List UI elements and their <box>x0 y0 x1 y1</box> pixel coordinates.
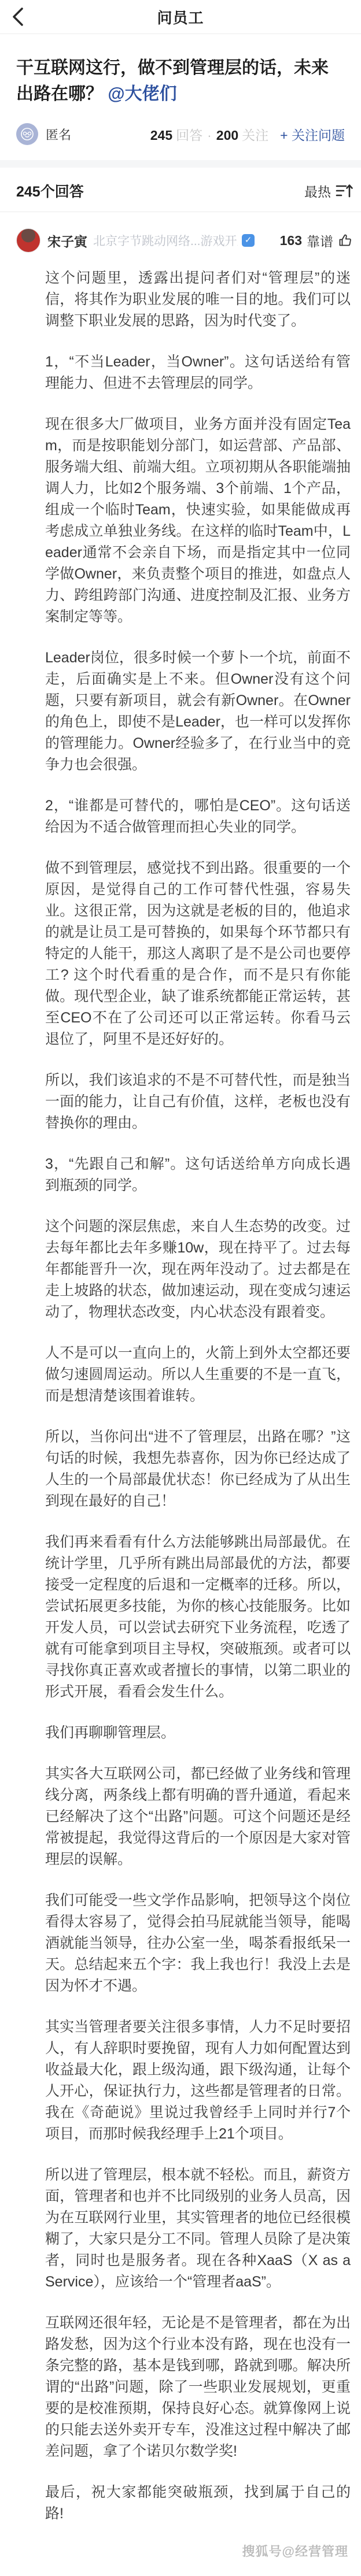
answer-paragraph: 3，“先跟自己和解”。这句话送给单方向成长遇到瓶颈的同学。 <box>45 1154 351 1196</box>
answer-paragraph: 我们可能受一些文学作品影响，把领导这个岗位看得太容易了，觉得会拍马屁就能当领导，… <box>45 1890 351 1997</box>
upvote-label: 靠谱 <box>307 231 333 250</box>
page-title: 问员工 <box>157 6 204 28</box>
chevron-left-icon <box>12 7 24 27</box>
answer-paragraph: 所以，当你问出“进不了管理层，出路在哪？”这句话的时候，我想先恭喜你，因为你已经… <box>45 1426 351 1512</box>
answer-author-description: 北京字节跳动网络...游戏开发工程师 <box>93 232 238 249</box>
page: 问员工 干互联网这行，做不到管理层的话，未来出路在哪？ @大佬们 匿名 245 … <box>0 0 361 2576</box>
stats-dot: · <box>207 128 212 143</box>
answer-paragraph: 1，“不当Leader，当Owner”。这句话送给有管理能力、但进不去管理层的同… <box>45 351 351 394</box>
answer-paragraph: 我们再来看看有什么方法能够跳出局部最优。在统计学里，几乎所有跳出局部最优的方法，… <box>45 1532 351 1703</box>
answer-paragraph: 其实当管理者要关注很多事情，人力不足时要招人，有人辞职时要挽留，现有人力如何配置… <box>45 2017 351 2145</box>
answer-paragraph: 做不到管理层，感觉找不到出路。很重要的一个原因，是觉得自己的工作可替代性强，容易… <box>45 858 351 1050</box>
answer-paragraph: 其实各大互联网公司，都已经做了业务线和管理线分离，两条线上都有明确的晋升通道，看… <box>45 1763 351 1870</box>
verified-badge-icon: ✓ <box>242 234 255 247</box>
answer-paragraph: 2，“谁都是可替代的，哪怕是CEO”。这句话送给因为不适合做管理而担心失业的同学… <box>45 795 351 838</box>
answers-count: 245 <box>150 128 172 143</box>
anonymous-face-icon <box>20 127 34 141</box>
question-author-name: 匿名 <box>46 125 71 143</box>
sort-label: 最热 <box>304 181 331 201</box>
answer-author-name[interactable]: 宋子寅 <box>47 231 87 250</box>
upvote-count: 163 <box>280 233 302 249</box>
answer-meta-row: 宋子寅 北京字节跳动网络...游戏开发工程师 ✓ 163 靠谱 <box>0 228 361 253</box>
back-button[interactable] <box>12 0 37 34</box>
followers-count: 200 <box>216 128 238 143</box>
answer-body: 这个问题里，透露出提问者们对“管理层”的迷信，将其作为职业发展的唯一目的地。我们… <box>0 253 361 2525</box>
question-title: 干互联网这行，做不到管理层的话，未来出路在哪？ @大佬们 <box>16 55 345 107</box>
answer-author-avatar[interactable] <box>16 228 40 253</box>
question-meta-row: 匿名 245 回答 · 200 关注 + 关注问题 <box>16 123 345 160</box>
answer-paragraph: 我们再聊聊管理层。 <box>45 1722 351 1744</box>
answer-paragraph: 互联网还很年轻，无论是不是管理者，都在为出路发愁，因为这个行业本没有路，现在也没… <box>45 2312 351 2462</box>
question-card: 干互联网这行，做不到管理层的话，未来出路在哪？ @大佬们 匿名 245 回答 ·… <box>0 34 361 160</box>
answers-count-label: 回答 <box>176 125 202 144</box>
sort-toggle[interactable]: 最热 <box>304 181 353 201</box>
answers-header: 245个回答 最热 <box>0 168 361 212</box>
answer-paragraph: 人不是可以一直向上的，火箭上到外太空都还要做匀速圆周运动。所以人生重要的不是一直… <box>45 1343 351 1407</box>
section-separator <box>0 160 361 168</box>
answer-paragraph: 这个问题里，透露出提问者们对“管理层”的迷信，将其作为职业发展的唯一目的地。我们… <box>45 268 351 332</box>
question-mention-link[interactable]: @大佬们 <box>108 84 176 103</box>
answer-paragraph: Leader岗位，很多时候一个萝卜一个坑，前面不走，后面确实是上不来。但Owne… <box>45 647 351 776</box>
answer-paragraph: 现在很多大厂做项目，业务方面并没有固定Team，而是按职能划分部门，如运营部、产… <box>45 414 351 628</box>
answer-item: 宋子寅 北京字节跳动网络...游戏开发工程师 ✓ 163 靠谱 这个问题里，透露… <box>0 212 361 2576</box>
answer-paragraph: 最后，祝大家都能突破瓶颈，找到属于自己的路! <box>45 2482 351 2525</box>
thumbs-up-icon <box>338 233 353 248</box>
follow-question-button[interactable]: + 关注问题 <box>280 125 345 144</box>
top-nav-bar: 问员工 <box>0 0 361 34</box>
sort-icon <box>336 183 353 198</box>
answer-paragraph: 所以，我们该追求的不是不可替代性，而是独当一面的能力，让自己有价值，这样，老板也… <box>45 1070 351 1134</box>
answer-paragraph: 所以进了管理层，根本就不轻松。而且，薪资方面，管理者和也并不比同级别的业务人员高… <box>45 2164 351 2293</box>
question-stats: 245 回答 · 200 关注 <box>150 125 268 144</box>
upvote-control[interactable]: 163 靠谱 <box>280 231 353 250</box>
anonymous-avatar <box>16 123 38 145</box>
watermark: 搜狐号@经营管理 <box>0 2525 361 2570</box>
answers-total-label: 245个回答 <box>16 180 84 201</box>
followers-count-label: 关注 <box>242 125 268 144</box>
answer-paragraph: 这个问题的深层焦虑，来自人生态势的改变。过去每年都比去年多赚10w，现在持平了。… <box>45 1216 351 1323</box>
